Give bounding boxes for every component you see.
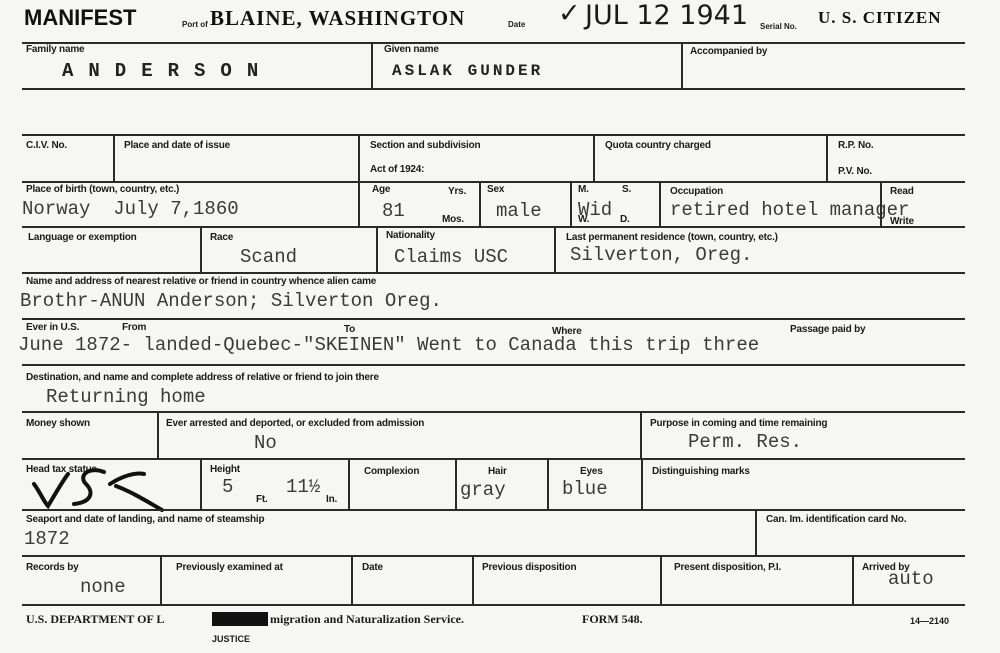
manifest-card: MANIFEST Port of BLAINE, WASHINGTON Date… xyxy=(0,0,1000,653)
eyes-label: Eyes xyxy=(580,466,603,477)
nearest-relative-value: Brothr-ANUN Anderson; Silverton Oreg. xyxy=(20,290,442,312)
marital-s-label: S. xyxy=(622,184,631,195)
divider xyxy=(348,459,350,510)
yrs-label: Yrs. xyxy=(448,186,466,197)
arrested-value: No xyxy=(254,432,277,454)
divider xyxy=(593,135,595,182)
money-shown-label: Money shown xyxy=(26,418,90,429)
seaport-value: 1872 xyxy=(24,528,70,550)
age-value: 81 xyxy=(382,200,405,222)
divider xyxy=(755,510,757,555)
purpose-label: Purpose in coming and time remaining xyxy=(650,418,827,429)
divider xyxy=(826,135,828,182)
divider xyxy=(200,227,202,273)
check-mark-icon: ✓ xyxy=(558,0,581,29)
can-im-card-label: Can. Im. identification card No. xyxy=(766,514,906,525)
destination-value: Returning home xyxy=(46,386,206,408)
section-label: Section and subdivision xyxy=(370,140,480,151)
sex-label: Sex xyxy=(487,184,504,195)
language-label: Language or exemption xyxy=(28,232,137,243)
purpose-value: Perm. Res. xyxy=(688,431,802,453)
divider xyxy=(547,459,549,510)
hair-label: Hair xyxy=(488,466,507,477)
date-label: Date xyxy=(362,562,383,573)
divider xyxy=(455,459,457,510)
place-date-issue-label: Place and date of issue xyxy=(124,140,230,151)
act-label: Act of 1924: xyxy=(370,164,424,175)
hair-value: gray xyxy=(460,479,506,501)
marital-m-label: M. xyxy=(578,184,589,195)
divider xyxy=(351,556,353,604)
marital-w-label: W. xyxy=(578,214,589,225)
form-number: FORM 548. xyxy=(582,612,643,627)
date-label: Date xyxy=(508,20,525,29)
ever-in-us-label: Ever in U.S. xyxy=(26,322,79,333)
family-name-value: ANDERSON xyxy=(62,60,273,82)
form-title: MANIFEST xyxy=(24,5,136,31)
accompanied-by-label: Accompanied by xyxy=(690,46,767,57)
last-residence-label: Last permanent residence (town, country,… xyxy=(566,232,778,243)
given-name-label: Given name xyxy=(384,44,439,55)
divider xyxy=(358,135,360,182)
divider xyxy=(22,555,965,557)
race-label: Race xyxy=(210,232,233,243)
height-label: Height xyxy=(210,464,240,475)
serial-value: U. S. CITIZEN xyxy=(818,8,942,28)
complexion-label: Complexion xyxy=(364,466,419,477)
height-ft-value: 5 xyxy=(222,476,233,498)
previous-disposition-label: Previous disposition xyxy=(482,562,576,573)
divider xyxy=(472,556,474,604)
port-value: BLAINE, WASHINGTON xyxy=(210,6,465,31)
divider xyxy=(660,556,662,604)
seaport-label: Seaport and date of landing, and name of… xyxy=(26,514,264,525)
nationality-value: Claims USC xyxy=(394,246,508,268)
last-residence-value: Silverton, Oreg. xyxy=(570,244,752,266)
divider xyxy=(22,509,965,511)
divider xyxy=(200,459,202,510)
divider xyxy=(22,458,965,460)
in-label: In. xyxy=(326,494,337,505)
family-name-label: Family name xyxy=(26,44,84,55)
previously-examined-label: Previously examined at xyxy=(176,562,283,573)
nearest-relative-label: Name and address of nearest relative or … xyxy=(26,276,376,287)
divider xyxy=(659,182,661,227)
distinguishing-marks-label: Distinguishing marks xyxy=(652,466,750,477)
port-label: Port of xyxy=(182,20,208,29)
divider xyxy=(640,412,642,459)
divider xyxy=(113,135,115,182)
divider xyxy=(22,181,965,183)
marital-d-label: D. xyxy=(620,214,630,225)
arrived-by-value: auto xyxy=(888,568,934,590)
divider xyxy=(376,227,378,273)
divider xyxy=(157,412,159,459)
divider xyxy=(479,182,481,227)
eyes-value: blue xyxy=(562,478,608,500)
sex-value: male xyxy=(496,200,542,222)
place-of-birth-label: Place of birth (town, country, etc.) xyxy=(26,184,179,195)
passage-paid-label: Passage paid by xyxy=(790,324,865,335)
divider xyxy=(22,226,965,228)
divider xyxy=(641,459,643,510)
records-by-value: none xyxy=(80,576,126,598)
divider xyxy=(22,88,965,90)
redaction-block xyxy=(212,612,268,626)
divider xyxy=(554,227,556,273)
divider xyxy=(371,43,373,89)
rp-no-label: R.P. No. xyxy=(838,140,873,151)
read-label: Read xyxy=(890,186,914,197)
destination-label: Destination, and name and complete addre… xyxy=(26,372,379,383)
divider xyxy=(22,411,965,413)
nationality-label: Nationality xyxy=(386,230,435,241)
ever-in-us-value: June 1872- landed-Quebec-"SKEINEN" Went … xyxy=(18,334,759,356)
divider xyxy=(160,556,162,604)
given-name-value: ASLAK GUNDER xyxy=(392,62,543,80)
divider xyxy=(22,318,965,320)
print-code: 14—2140 xyxy=(910,616,949,626)
occupation-label: Occupation xyxy=(670,186,723,197)
divider xyxy=(880,182,882,227)
date-stamp: JUL 12 1941 xyxy=(585,0,748,31)
mos-label: Mos. xyxy=(442,214,464,225)
quota-country-label: Quota country charged xyxy=(605,140,711,151)
present-disposition-label: Present disposition, P.I. xyxy=(674,562,781,573)
from-label: From xyxy=(122,322,146,333)
race-value: Scand xyxy=(240,246,297,268)
arrested-label: Ever arrested and deported, or excluded … xyxy=(166,418,424,429)
divider xyxy=(358,182,360,227)
divider xyxy=(570,182,572,227)
height-in-value: 11½ xyxy=(286,476,320,498)
civ-no-label: C.I.V. No. xyxy=(26,140,67,151)
pv-no-label: P.V. No. xyxy=(838,166,872,177)
records-by-label: Records by xyxy=(26,562,78,573)
serial-label: Serial No. xyxy=(760,22,797,31)
handwritten-initials-signature xyxy=(26,462,176,512)
age-label: Age xyxy=(372,184,390,195)
place-of-birth-value: Norway July 7,1860 xyxy=(22,198,239,220)
ft-label: Ft. xyxy=(256,494,268,505)
divider xyxy=(852,556,854,604)
divider xyxy=(22,134,965,136)
divider xyxy=(681,43,683,89)
department-text: U.S. DEPARTMENT OF L xyxy=(26,612,164,627)
divider xyxy=(22,604,965,606)
divider xyxy=(22,364,965,366)
justice-text: JUSTICE xyxy=(212,634,250,644)
divider xyxy=(22,272,965,274)
occupation-value: retired hotel manager xyxy=(670,199,909,221)
divider xyxy=(22,42,965,44)
service-text: migration and Naturalization Service. xyxy=(270,612,464,627)
